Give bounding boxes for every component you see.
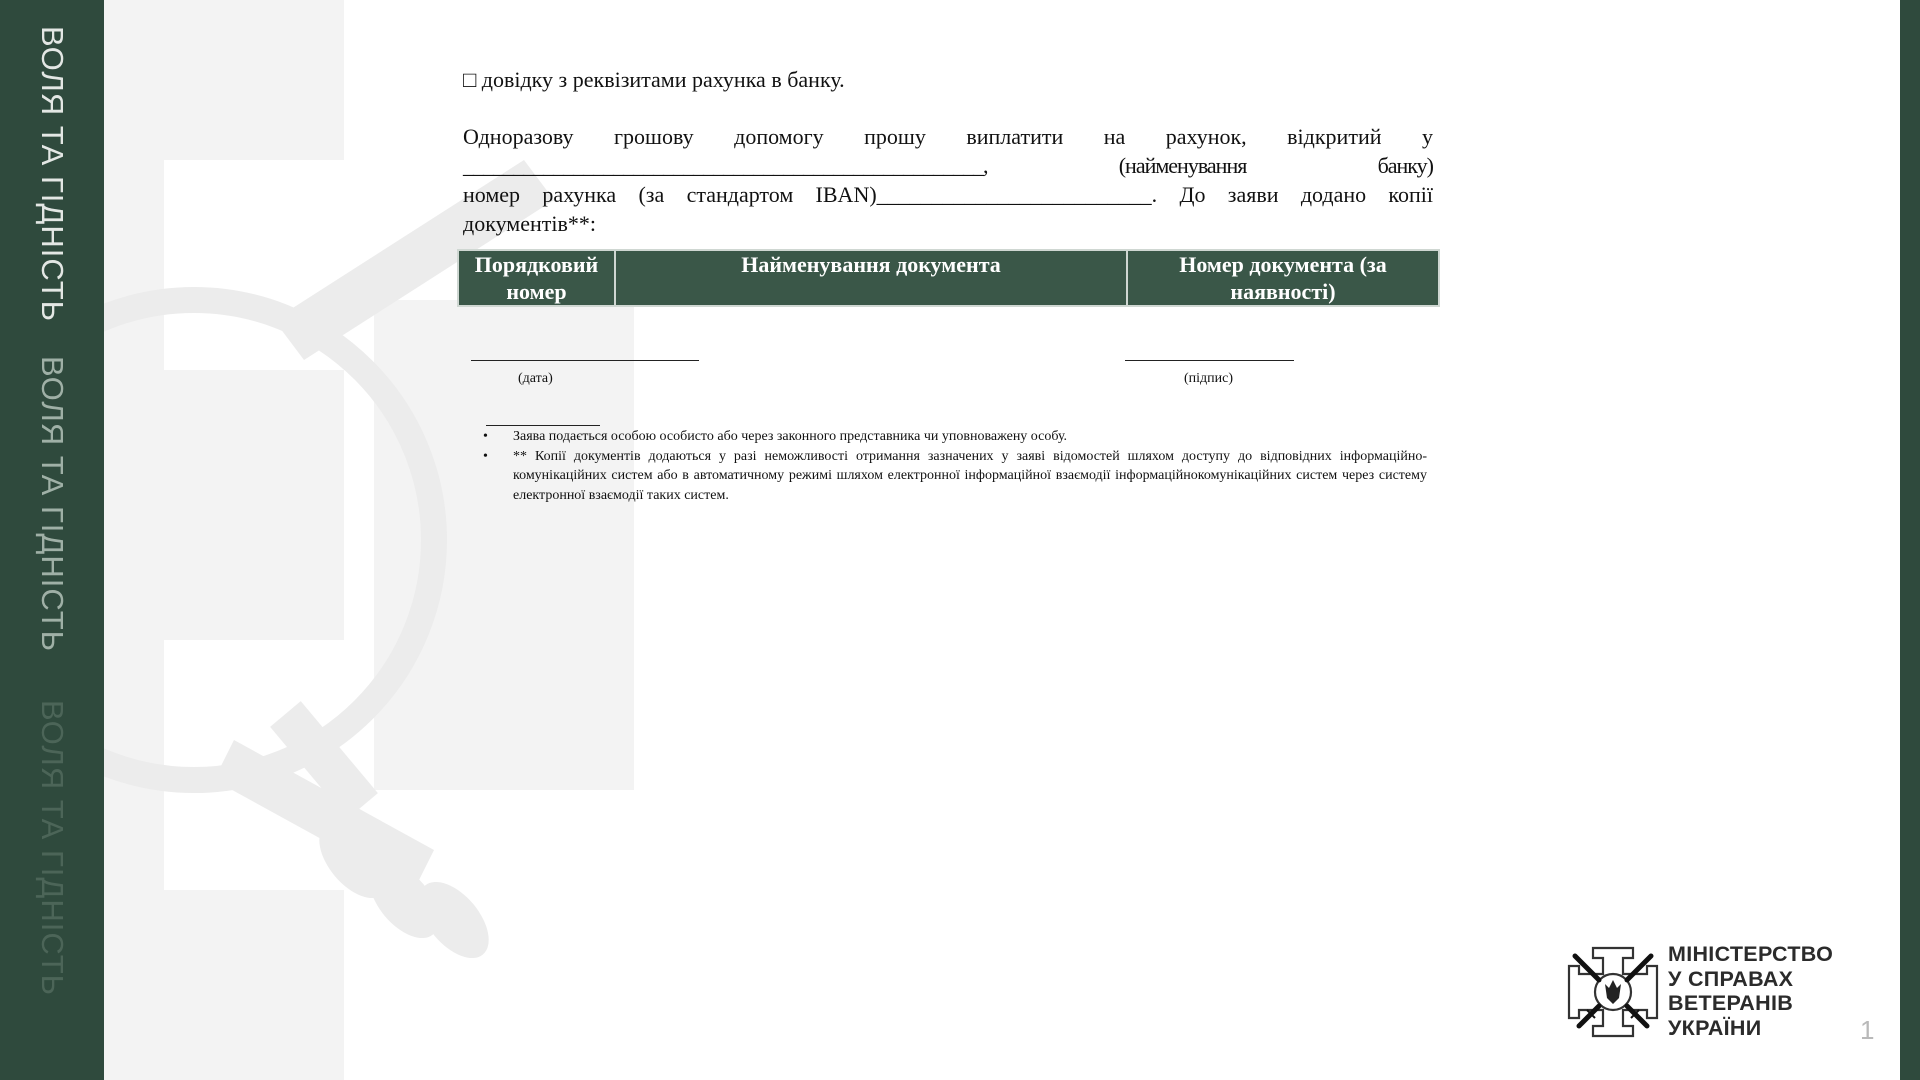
ministry-name-line: МІНІСТЕРСТВО: [1668, 942, 1833, 967]
documents-table: Порядковий номер Найменування документа …: [457, 249, 1440, 307]
checkbox-item: □ довідку з реквізитами рахунка в банку.: [463, 65, 845, 94]
column-header-document-name: Найменування документа: [615, 250, 1127, 306]
paragraph-line: Одноразову грошову допомогу прошу виплат…: [463, 122, 1433, 151]
date-line: [471, 360, 699, 361]
footnote-item: • ** Копії документів додаються у разі н…: [483, 447, 1427, 506]
paragraph-line: документів**:: [463, 209, 1433, 238]
bullet-icon: •: [483, 427, 488, 447]
slogan-text: ВОЛЯ ТА ГІДНІСТЬ: [34, 26, 70, 322]
ministry-name-line: У СПРАВАХ: [1668, 967, 1833, 992]
slogan-text: ВОЛЯ ТА ГІДНІСТЬ: [34, 356, 70, 652]
footnotes: • Заява подається особою особисто або че…: [483, 427, 1427, 505]
date-label: (дата): [518, 371, 553, 387]
signature-label: (підпис): [1184, 371, 1233, 387]
page-number: 1: [1860, 1015, 1874, 1046]
left-brand-band: ВОЛЯ ТА ГІДНІСТЬ ВОЛЯ ТА ГІДНІСТЬ ВОЛЯ Т…: [0, 0, 104, 1080]
ministry-name-line: УКРАЇНИ: [1668, 1016, 1833, 1041]
table-header-row: Порядковий номер Найменування документа …: [458, 250, 1439, 306]
ministry-emblem-icon: [1565, 944, 1661, 1040]
ministry-name: МІНІСТЕРСТВО У СПРАВАХ ВЕТЕРАНІВ УКРАЇНИ: [1668, 942, 1833, 1040]
right-brand-band: [1900, 0, 1920, 1080]
footnote-item: • Заява подається особою особисто або че…: [483, 427, 1427, 447]
column-header-document-number: Номер документа (за наявності): [1127, 250, 1439, 306]
ministry-name-line: ВЕТЕРАНІВ: [1668, 991, 1833, 1016]
footnote-separator: [486, 425, 600, 426]
footnote-text: Заява подається особою особисто або чере…: [513, 429, 1067, 444]
iban-field-line: номер рахунка (за стандартом IBAN)______…: [463, 180, 1433, 209]
bullet-icon: •: [483, 447, 488, 467]
payment-paragraph: Одноразову грошову допомогу прошу виплат…: [463, 122, 1433, 238]
signature-line: [1125, 360, 1294, 361]
bank-name-field-line: ________________________________________…: [463, 151, 1433, 180]
footnote-text: ** Копії документів додаються у разі нем…: [513, 449, 1427, 503]
slogan-text: ВОЛЯ ТА ГІДНІСТЬ: [34, 700, 70, 996]
column-header-number: Порядковий номер: [458, 250, 615, 306]
